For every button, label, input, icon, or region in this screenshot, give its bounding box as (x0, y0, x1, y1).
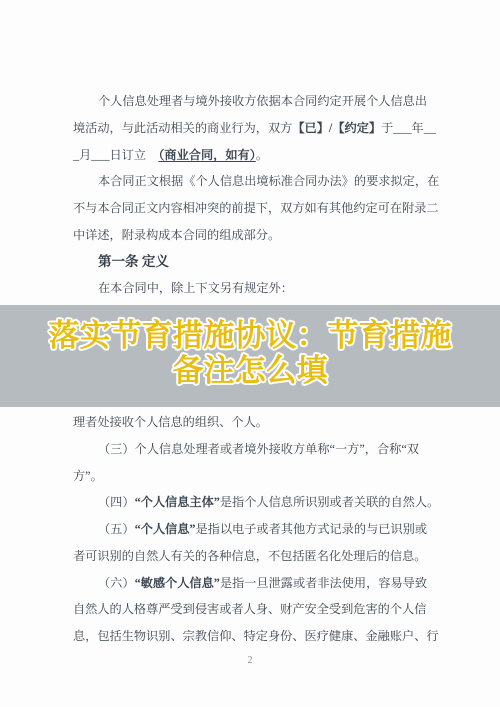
text-segment: 是指个人信息所识别或者关联的自然人。 (220, 495, 439, 509)
text-line: 中详述，附录构成本合同的组成部分。 (73, 222, 443, 249)
text-segment: 在本合同中，除上下文另有规定外： (98, 281, 293, 295)
text-segment: （三）个人信息处理者或者境外接收方单称“一方”，合称“双 (98, 442, 419, 456)
text-line: 不与本合同正文内容相冲突的前提下，双方如有其他约定可在附录二 (73, 195, 443, 222)
text-segment: “敏感个人信息” (135, 576, 220, 590)
text-segment: 【已】/【约定】 (292, 121, 381, 135)
text-segment: 方”。 (73, 469, 103, 483)
text-segment: 个人信息处理者与境外接收方依据本合同约定开展个人信息出 (98, 94, 427, 108)
text-segment: 自然人的人格尊严受到侵害或者人身、财产安全受到危害的个人信 (73, 602, 426, 616)
text-line: （四）“个人信息主体”是指个人信息所识别或者关联的自然人。 (73, 489, 443, 516)
text-line: 息，包括生物识别、宗教信仰、特定身份、医疗健康、金融账户、行 (73, 623, 443, 650)
text-segment: 中详述，附录构成本合同的组成部分。 (73, 228, 280, 242)
text-line: 在本合同中，除上下文另有规定外： (73, 275, 443, 302)
text-line: 自然人的人格尊严受到侵害或者人身、财产安全受到危害的个人信 (73, 596, 443, 623)
text-segment: 是指一旦泄露或者非法使用，容易导致 (220, 576, 427, 590)
text-segment: 于___年__ (381, 121, 436, 135)
watermark-line-1: 落实节育措施协议：节育措施 (0, 319, 500, 354)
text-line: （三）个人信息处理者或者境外接收方单称“一方”，合称“双 (73, 436, 443, 463)
text-segment: “个人信息主体” (135, 495, 220, 509)
text-segment: “个人信息” (135, 522, 196, 536)
text-segment: 本合同正文根据《个人信息出境标准合同办法》的要求拟定，在 (98, 174, 439, 188)
text-line: （五）“个人信息”是指以电子或者其他方式记录的与已识别或 (73, 516, 443, 543)
page-number: 2 (0, 655, 500, 666)
text-segment: _月___日订立 (73, 148, 146, 162)
text-segment: 。 (256, 148, 268, 162)
text-line: （六）“敏感个人信息”是指一旦泄露或者非法使用，容易导致 (73, 570, 443, 597)
watermark-title: 落实节育措施协议：节育措施 备注怎么填 (0, 319, 500, 388)
text-line: 本合同正文根据《个人信息出境标准合同办法》的要求拟定，在 (73, 168, 443, 195)
text-segment (146, 148, 158, 162)
text-segment: 第一条 定义 (98, 254, 169, 269)
text-line: 方”。 (73, 463, 443, 490)
text-line: 理者处接收个人信息的组织、个人。 (73, 409, 443, 436)
text-segment: （五） (98, 522, 135, 536)
text-segment: 者可识别的自然人有关的各种信息，不包括匿名化处理后的信息。 (73, 549, 426, 563)
text-segment: 息，包括生物识别、宗教信仰、特定身份、医疗健康、金融账户、行 (73, 629, 439, 643)
text-line: 者可识别的自然人有关的各种信息，不包括匿名化处理后的信息。 (73, 543, 443, 570)
text-line: 境活动，与此活动相关的商业行为，双方【已】/【约定】于___年__ (73, 115, 443, 142)
text-line: 个人信息处理者与境外接收方依据本合同约定开展个人信息出 (73, 88, 443, 115)
text-line: 第一条 定义 (73, 249, 443, 276)
document-page: 个人信息处理者与境外接收方依据本合同约定开展个人信息出境活动，与此活动相关的商业… (0, 0, 500, 707)
text-segment: （商业合同，如有） (158, 148, 256, 162)
text-line: _月___日订立 （商业合同，如有）。 (73, 142, 443, 169)
text-segment: 境活动，与此活动相关的商业行为，双方 (73, 121, 292, 135)
text-segment: 是指以电子或者其他方式记录的与已识别或 (196, 522, 428, 536)
text-segment: 理者处接收个人信息的组织、个人。 (73, 415, 268, 429)
text-segment: （四） (98, 495, 135, 509)
text-segment: 不与本合同正文内容相冲突的前提下，双方如有其他约定可在附录二 (73, 201, 439, 215)
text-segment: （六） (98, 576, 135, 590)
watermark-line-2: 备注怎么填 (0, 354, 500, 389)
